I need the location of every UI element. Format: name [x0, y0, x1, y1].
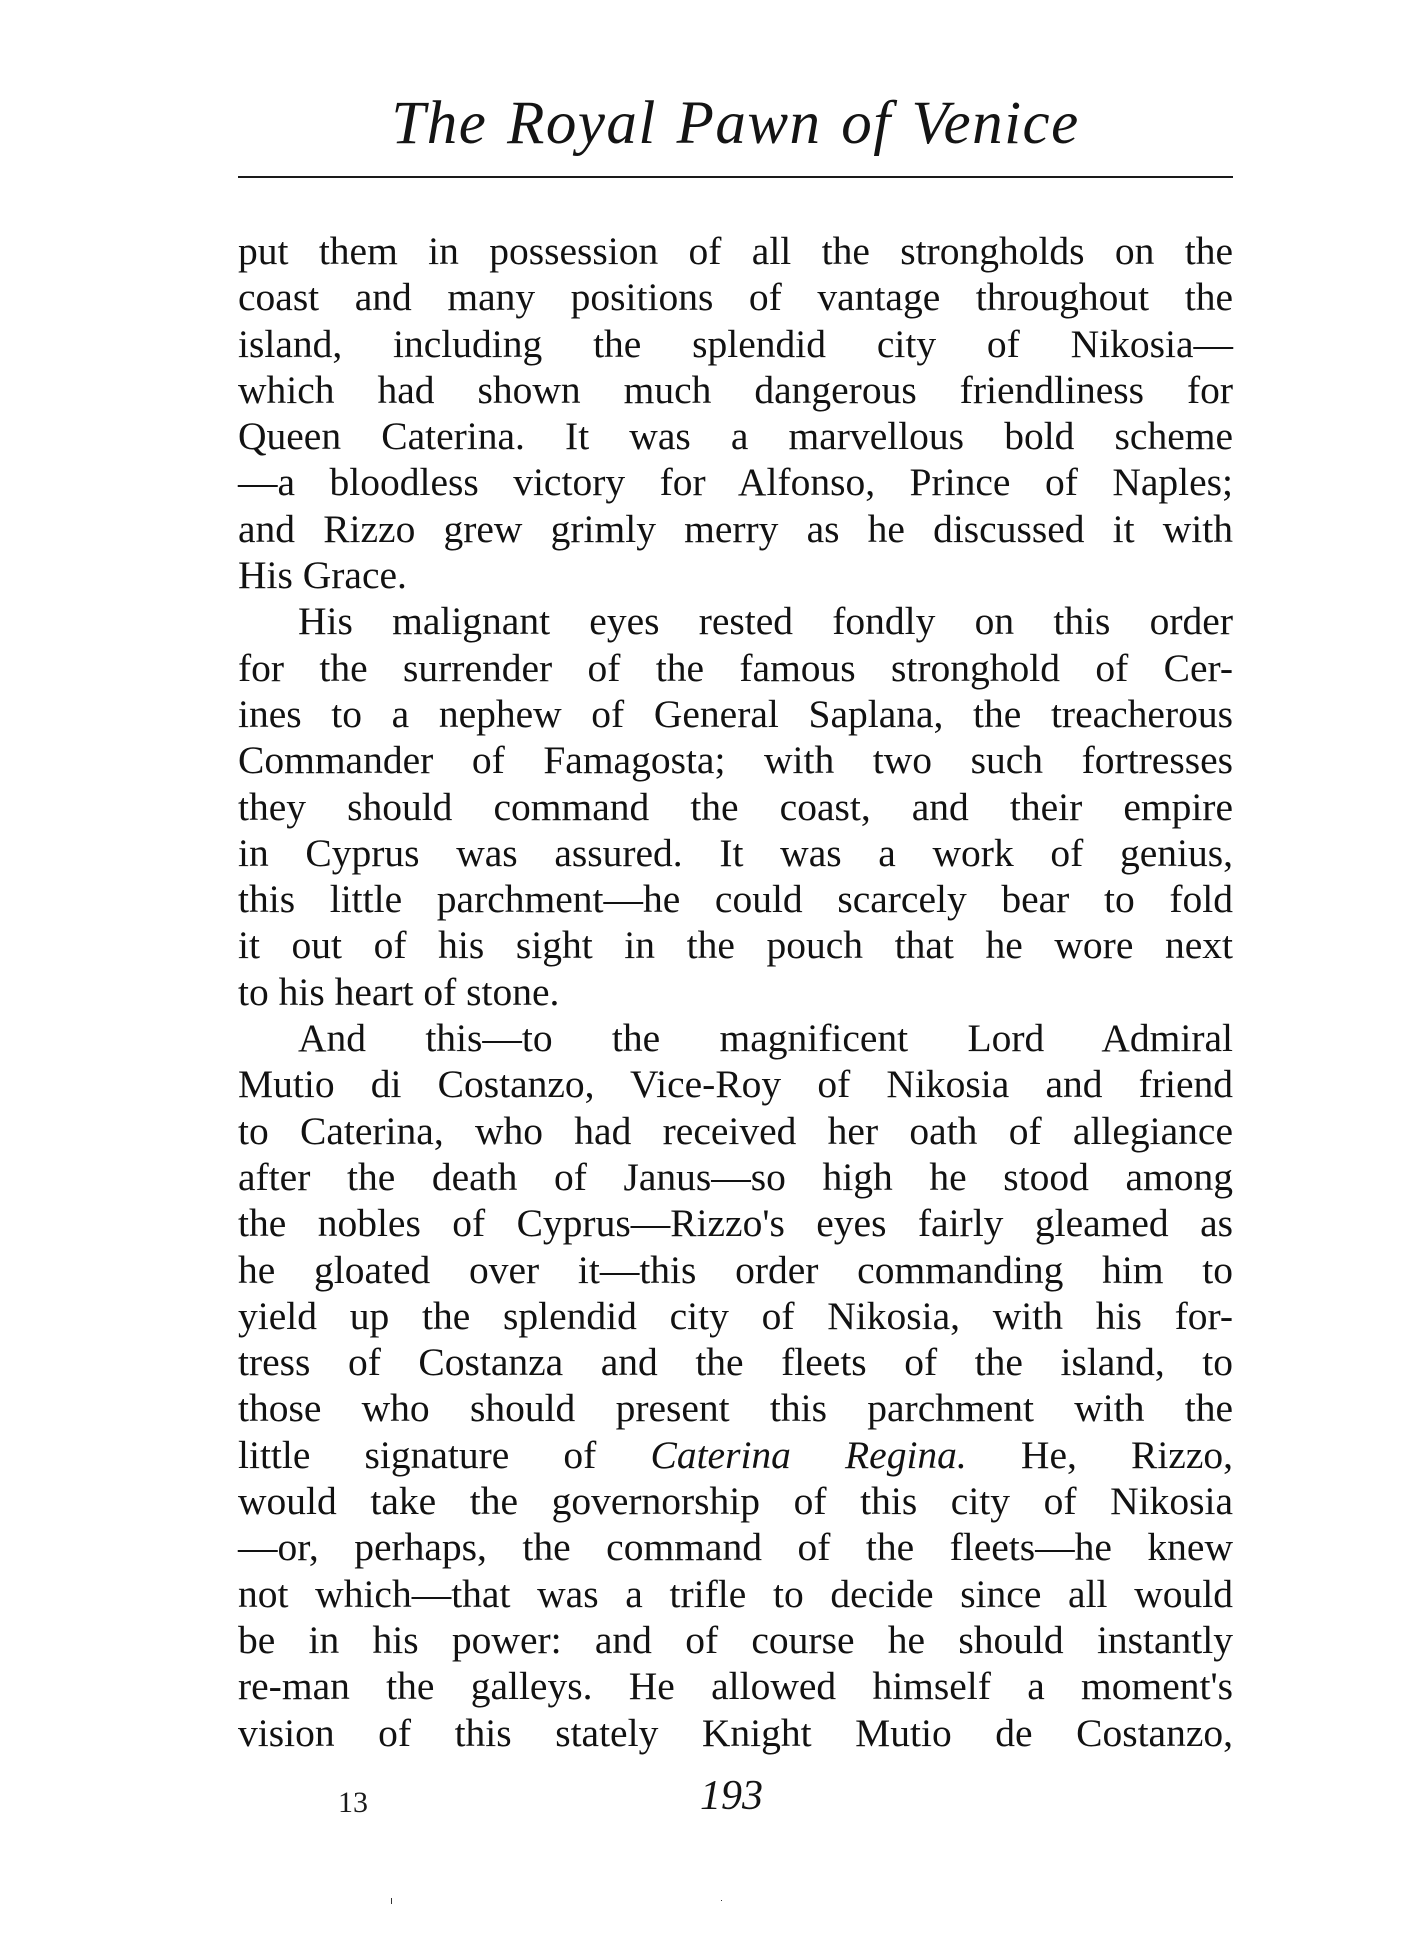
text-line: to Caterina, who had received her oath o… [238, 1108, 1233, 1154]
text-line: not which—that was a trifle to decide si… [238, 1571, 1233, 1617]
text-line: tress of Costanza and the fleets of the … [238, 1339, 1233, 1385]
text-line: be in his power: and of course he should… [238, 1617, 1233, 1663]
text-line: he gloated over it—this order commanding… [238, 1247, 1233, 1293]
header-rule [238, 176, 1233, 178]
text-line: vision of this stately Knight Mutio de C… [238, 1710, 1233, 1756]
text-line: ines to a nephew of General Saplana, the… [238, 691, 1233, 737]
text-line: Queen Caterina. It was a marvellous bold… [238, 413, 1233, 459]
text-line: for the surrender of the famous strongho… [238, 645, 1233, 691]
text-line: island, including the splendid city of N… [238, 321, 1233, 367]
scan-speck [391, 1898, 392, 1904]
text-line: Commander of Famagosta; with two such fo… [238, 737, 1233, 783]
signature-line-after: He, Rizzo, [1021, 1433, 1233, 1477]
paragraph-3: And this—to the magnificent Lord Admiral… [238, 1015, 1233, 1756]
italic-signature: Caterina Regina. [650, 1433, 966, 1477]
text-line: and Rizzo grew grimly merry as he discus… [238, 506, 1233, 552]
text-line: put them in possession of all the strong… [238, 228, 1233, 274]
page-number: 193 [700, 1772, 763, 1820]
text-line: re-man the galleys. He allowed himself a… [238, 1663, 1233, 1709]
text-line: in Cyprus was assured. It was a work of … [238, 830, 1233, 876]
text-line: the nobles of Cyprus—Rizzo's eyes fairly… [238, 1200, 1233, 1246]
text-line: yield up the splendid city of Nikosia, w… [238, 1293, 1233, 1339]
body-text: put them in possession of all the strong… [238, 228, 1233, 1756]
text-line: His Grace. [238, 552, 1233, 598]
text-line: would take the governorship of this city… [238, 1478, 1233, 1524]
text-line: to his heart of stone. [238, 969, 1233, 1015]
text-line: —a bloodless victory for Alfonso, Prince… [238, 459, 1233, 505]
paragraph-2: His malignant eyes rested fondly on this… [238, 598, 1233, 1015]
text-line-signature: little signature of Caterina Regina. He,… [238, 1432, 1233, 1478]
text-line: coast and many positions of vantage thro… [238, 274, 1233, 320]
paragraph-1: put them in possession of all the strong… [238, 228, 1233, 598]
text-line: those who should present this parchment … [238, 1385, 1233, 1431]
text-line: after the death of Janus—so high he stoo… [238, 1154, 1233, 1200]
text-line: —or, perhaps, the command of the fleets—… [238, 1524, 1233, 1570]
text-line: Mutio di Costanzo, Vice-Roy of Nikosia a… [238, 1061, 1233, 1107]
text-line: they should command the coast, and their… [238, 784, 1233, 830]
text-line: which had shown much dangerous friendlin… [238, 367, 1233, 413]
text-line: this little parchment—he could scarcely … [238, 876, 1233, 922]
text-line: And this—to the magnificent Lord Admiral [238, 1015, 1233, 1061]
text-line: it out of his sight in the pouch that he… [238, 922, 1233, 968]
signature-line-before: little signature of [238, 1433, 596, 1477]
scan-speck [721, 1900, 722, 1901]
running-head-title: The Royal Pawn of Venice [238, 89, 1233, 159]
signature-mark: 13 [338, 1786, 368, 1820]
text-line: His malignant eyes rested fondly on this… [238, 598, 1233, 644]
